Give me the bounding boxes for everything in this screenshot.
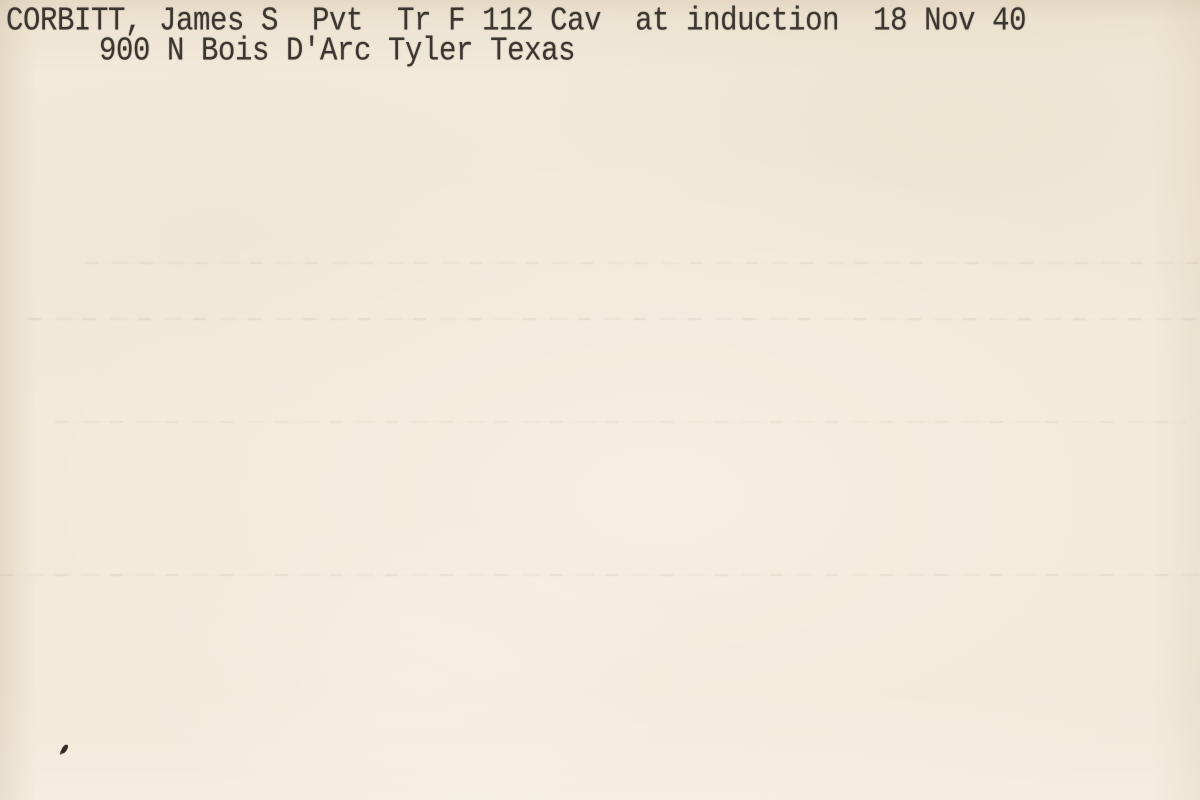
index-card: CORBITT, James S Pvt Tr F 112 Cav at ind… — [0, 0, 1200, 800]
bleedthrough-rule-line — [55, 421, 1186, 423]
bleedthrough-rule-line — [85, 262, 1200, 264]
ink-speck — [60, 743, 69, 754]
bleedthrough-rule-line — [0, 574, 1200, 576]
typed-line-address: 900 N Bois D'Arc Tyler Texas — [99, 32, 575, 70]
bleedthrough-rule-line — [28, 318, 1200, 320]
